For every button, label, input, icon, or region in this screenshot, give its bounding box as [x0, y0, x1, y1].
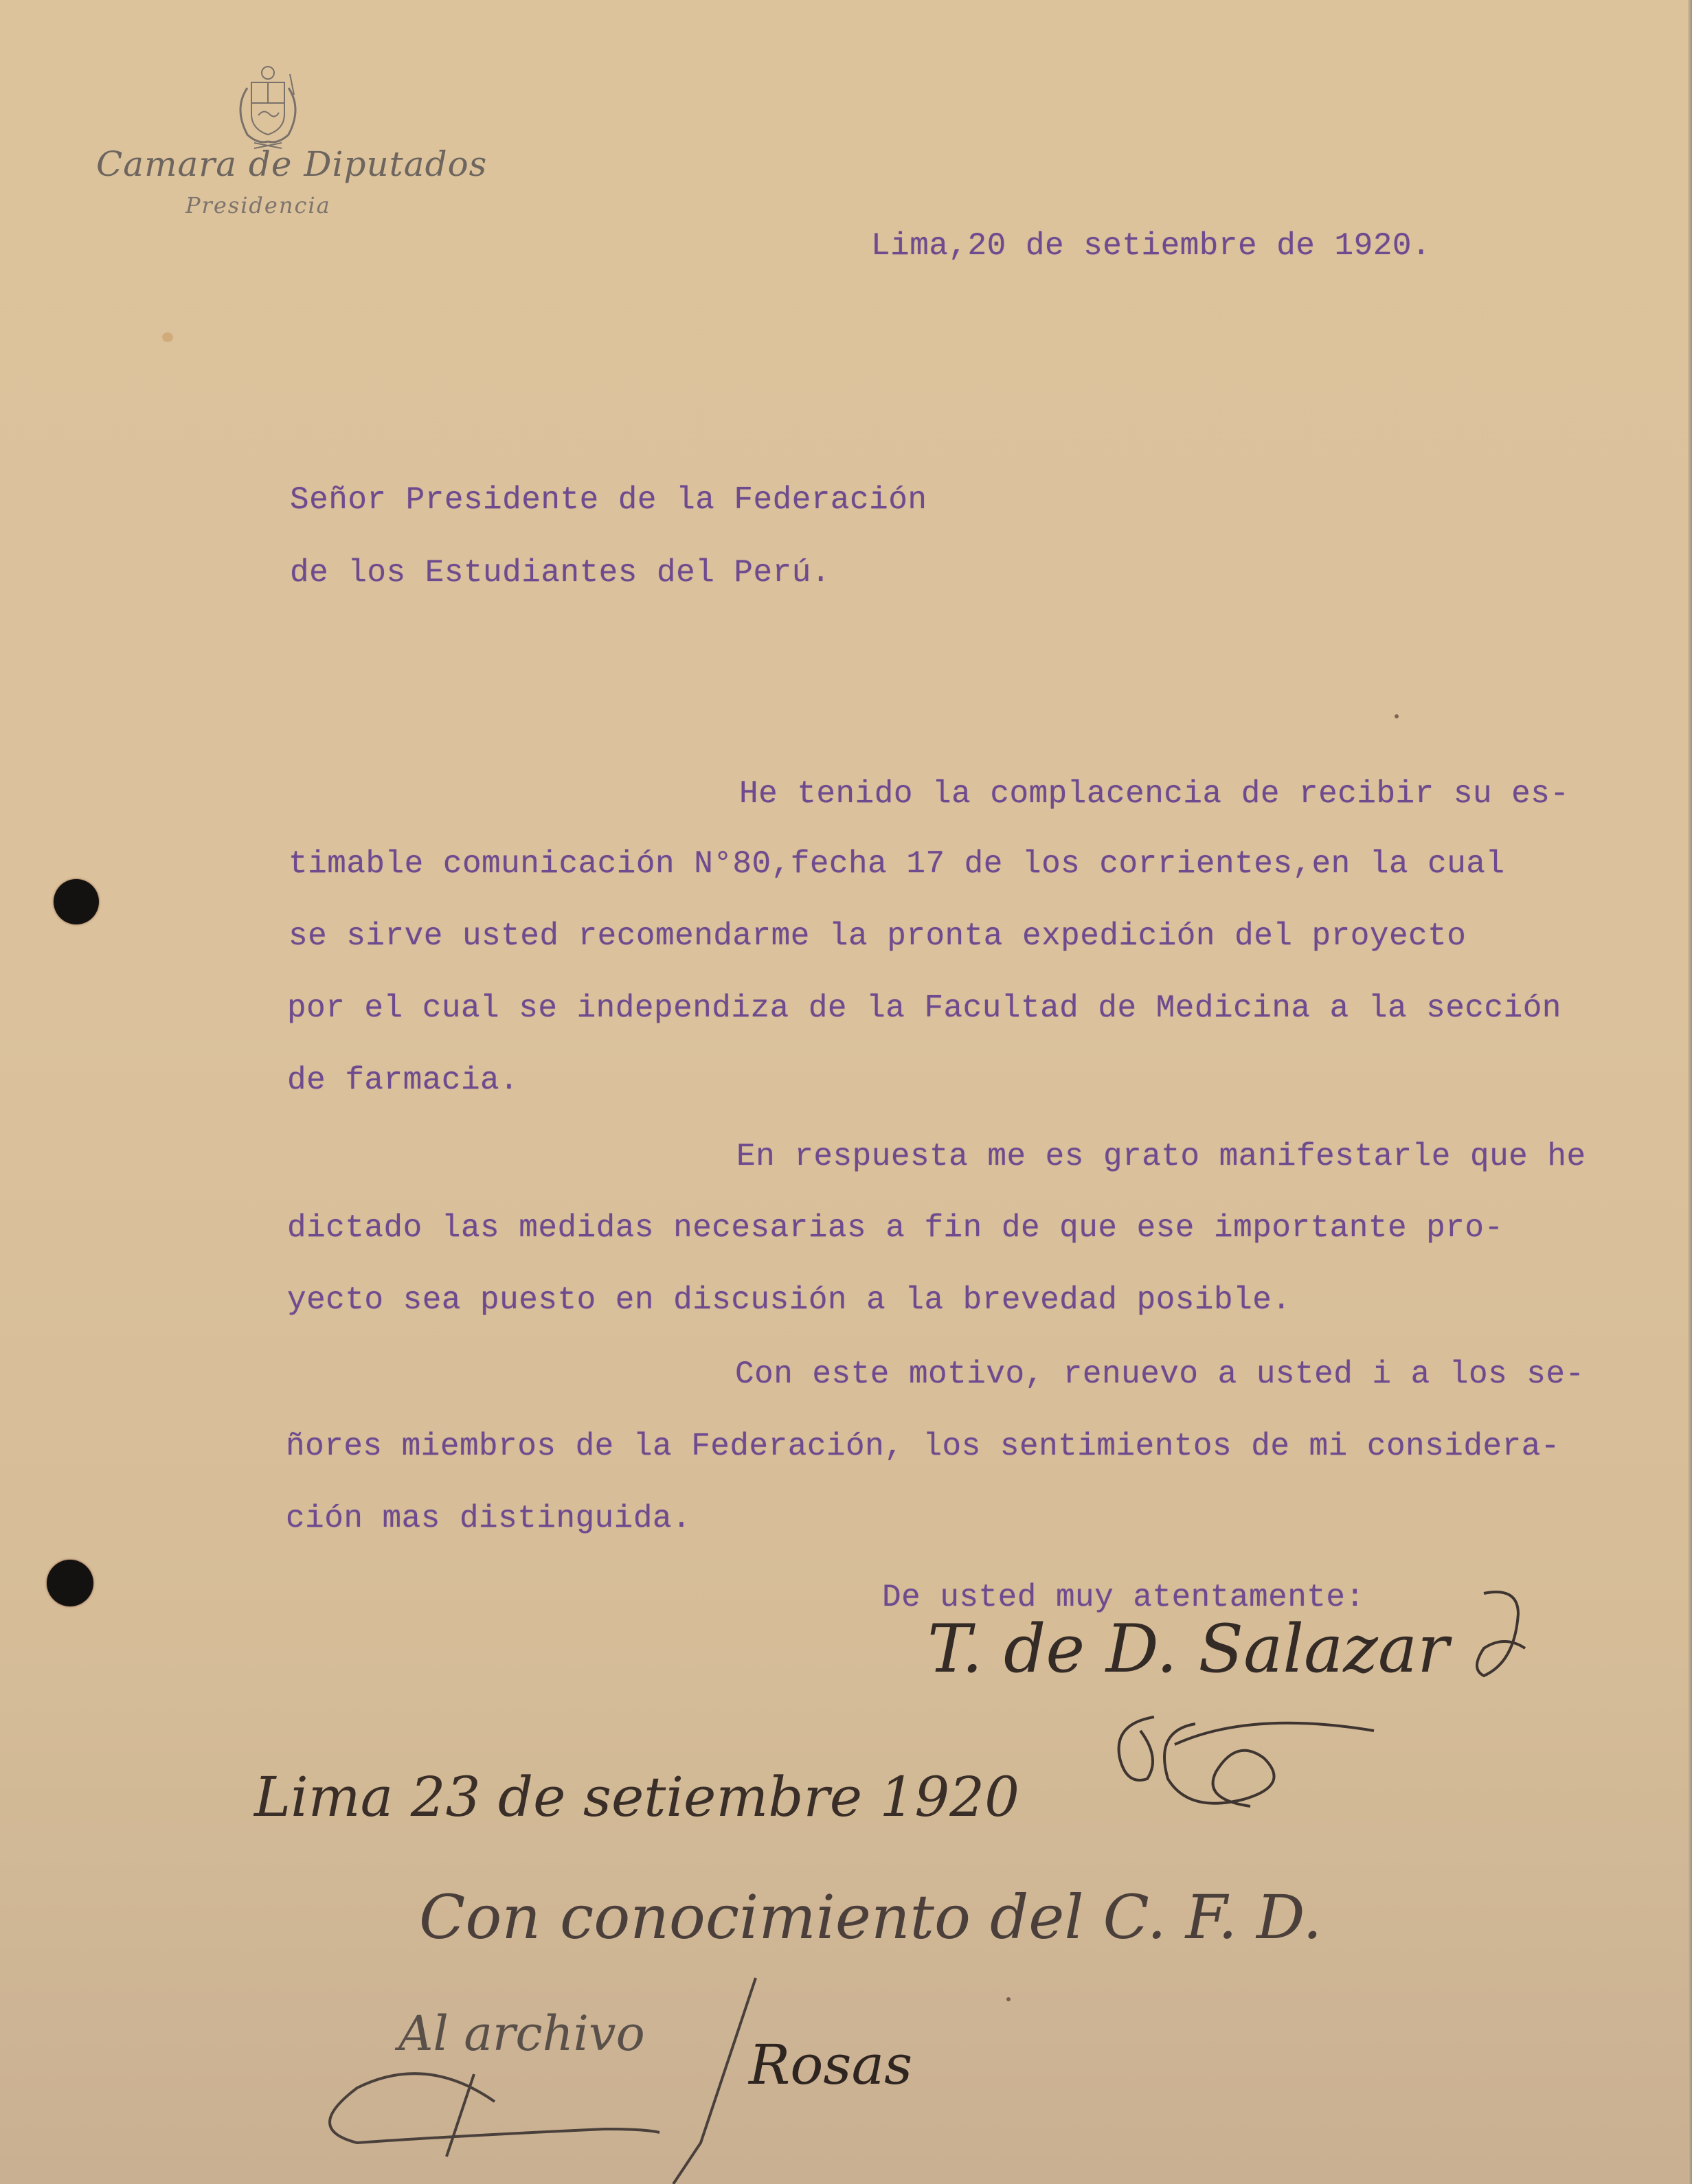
letter-page: Camara de Diputados Presidencia Lima,20 … [0, 0, 1692, 2184]
body-line: timable comunicación N°80,fecha 17 de lo… [289, 846, 1505, 882]
paper-stain [1006, 1997, 1011, 2001]
body-line: ñores miembros de la Federación, los sen… [286, 1429, 1560, 1464]
body-line: yecto sea puesto en discusión a la breve… [287, 1282, 1291, 1318]
paper-stain [162, 332, 173, 342]
body-line: de farmacia. [287, 1062, 519, 1098]
peru-coat-of-arms-icon [227, 60, 309, 150]
signature: T. de D. Salazar [927, 1611, 1449, 1687]
punch-hole [47, 1560, 93, 1606]
date-line: Lima,20 de setiembre de 1920. [871, 228, 1431, 264]
paper-stain [1395, 714, 1399, 718]
addressee-line-2: de los Estudiantes del Perú. [290, 555, 831, 591]
body-line: por el cual se independiza de la Faculta… [287, 990, 1561, 1026]
signature-mark-icon [1463, 1586, 1546, 1696]
letterhead-institution: Camara de Diputados [96, 144, 426, 184]
body-line: Con este motivo, renuevo a usted i a los… [735, 1356, 1585, 1392]
signature-flourish-icon [1113, 1703, 1498, 1820]
body-line: En respuesta me es grato manifestarle qu… [736, 1139, 1586, 1174]
letterhead-office: Presidencia [185, 192, 331, 218]
handwritten-archive: Al archivo [398, 2005, 645, 2062]
handwritten-date: Lima 23 de setiembre 1920 [254, 1765, 1019, 1829]
page-edge [1688, 0, 1692, 2184]
addressee-line-1: Señor Presidente de la Federación [290, 482, 927, 518]
body-line: ción mas distinguida. [286, 1501, 691, 1536]
body-line: dictado las medidas necesarias a fin de … [287, 1210, 1504, 1246]
handwritten-underline-flourish-icon [316, 2060, 797, 2184]
punch-hole [54, 879, 99, 924]
handwritten-note: Con conocimiento del C. F. D. [419, 1882, 1322, 1953]
body-line: se sirve usted recomendarme la pronta ex… [289, 918, 1466, 954]
body-line: He tenido la complacencia de recibir su … [739, 776, 1570, 812]
